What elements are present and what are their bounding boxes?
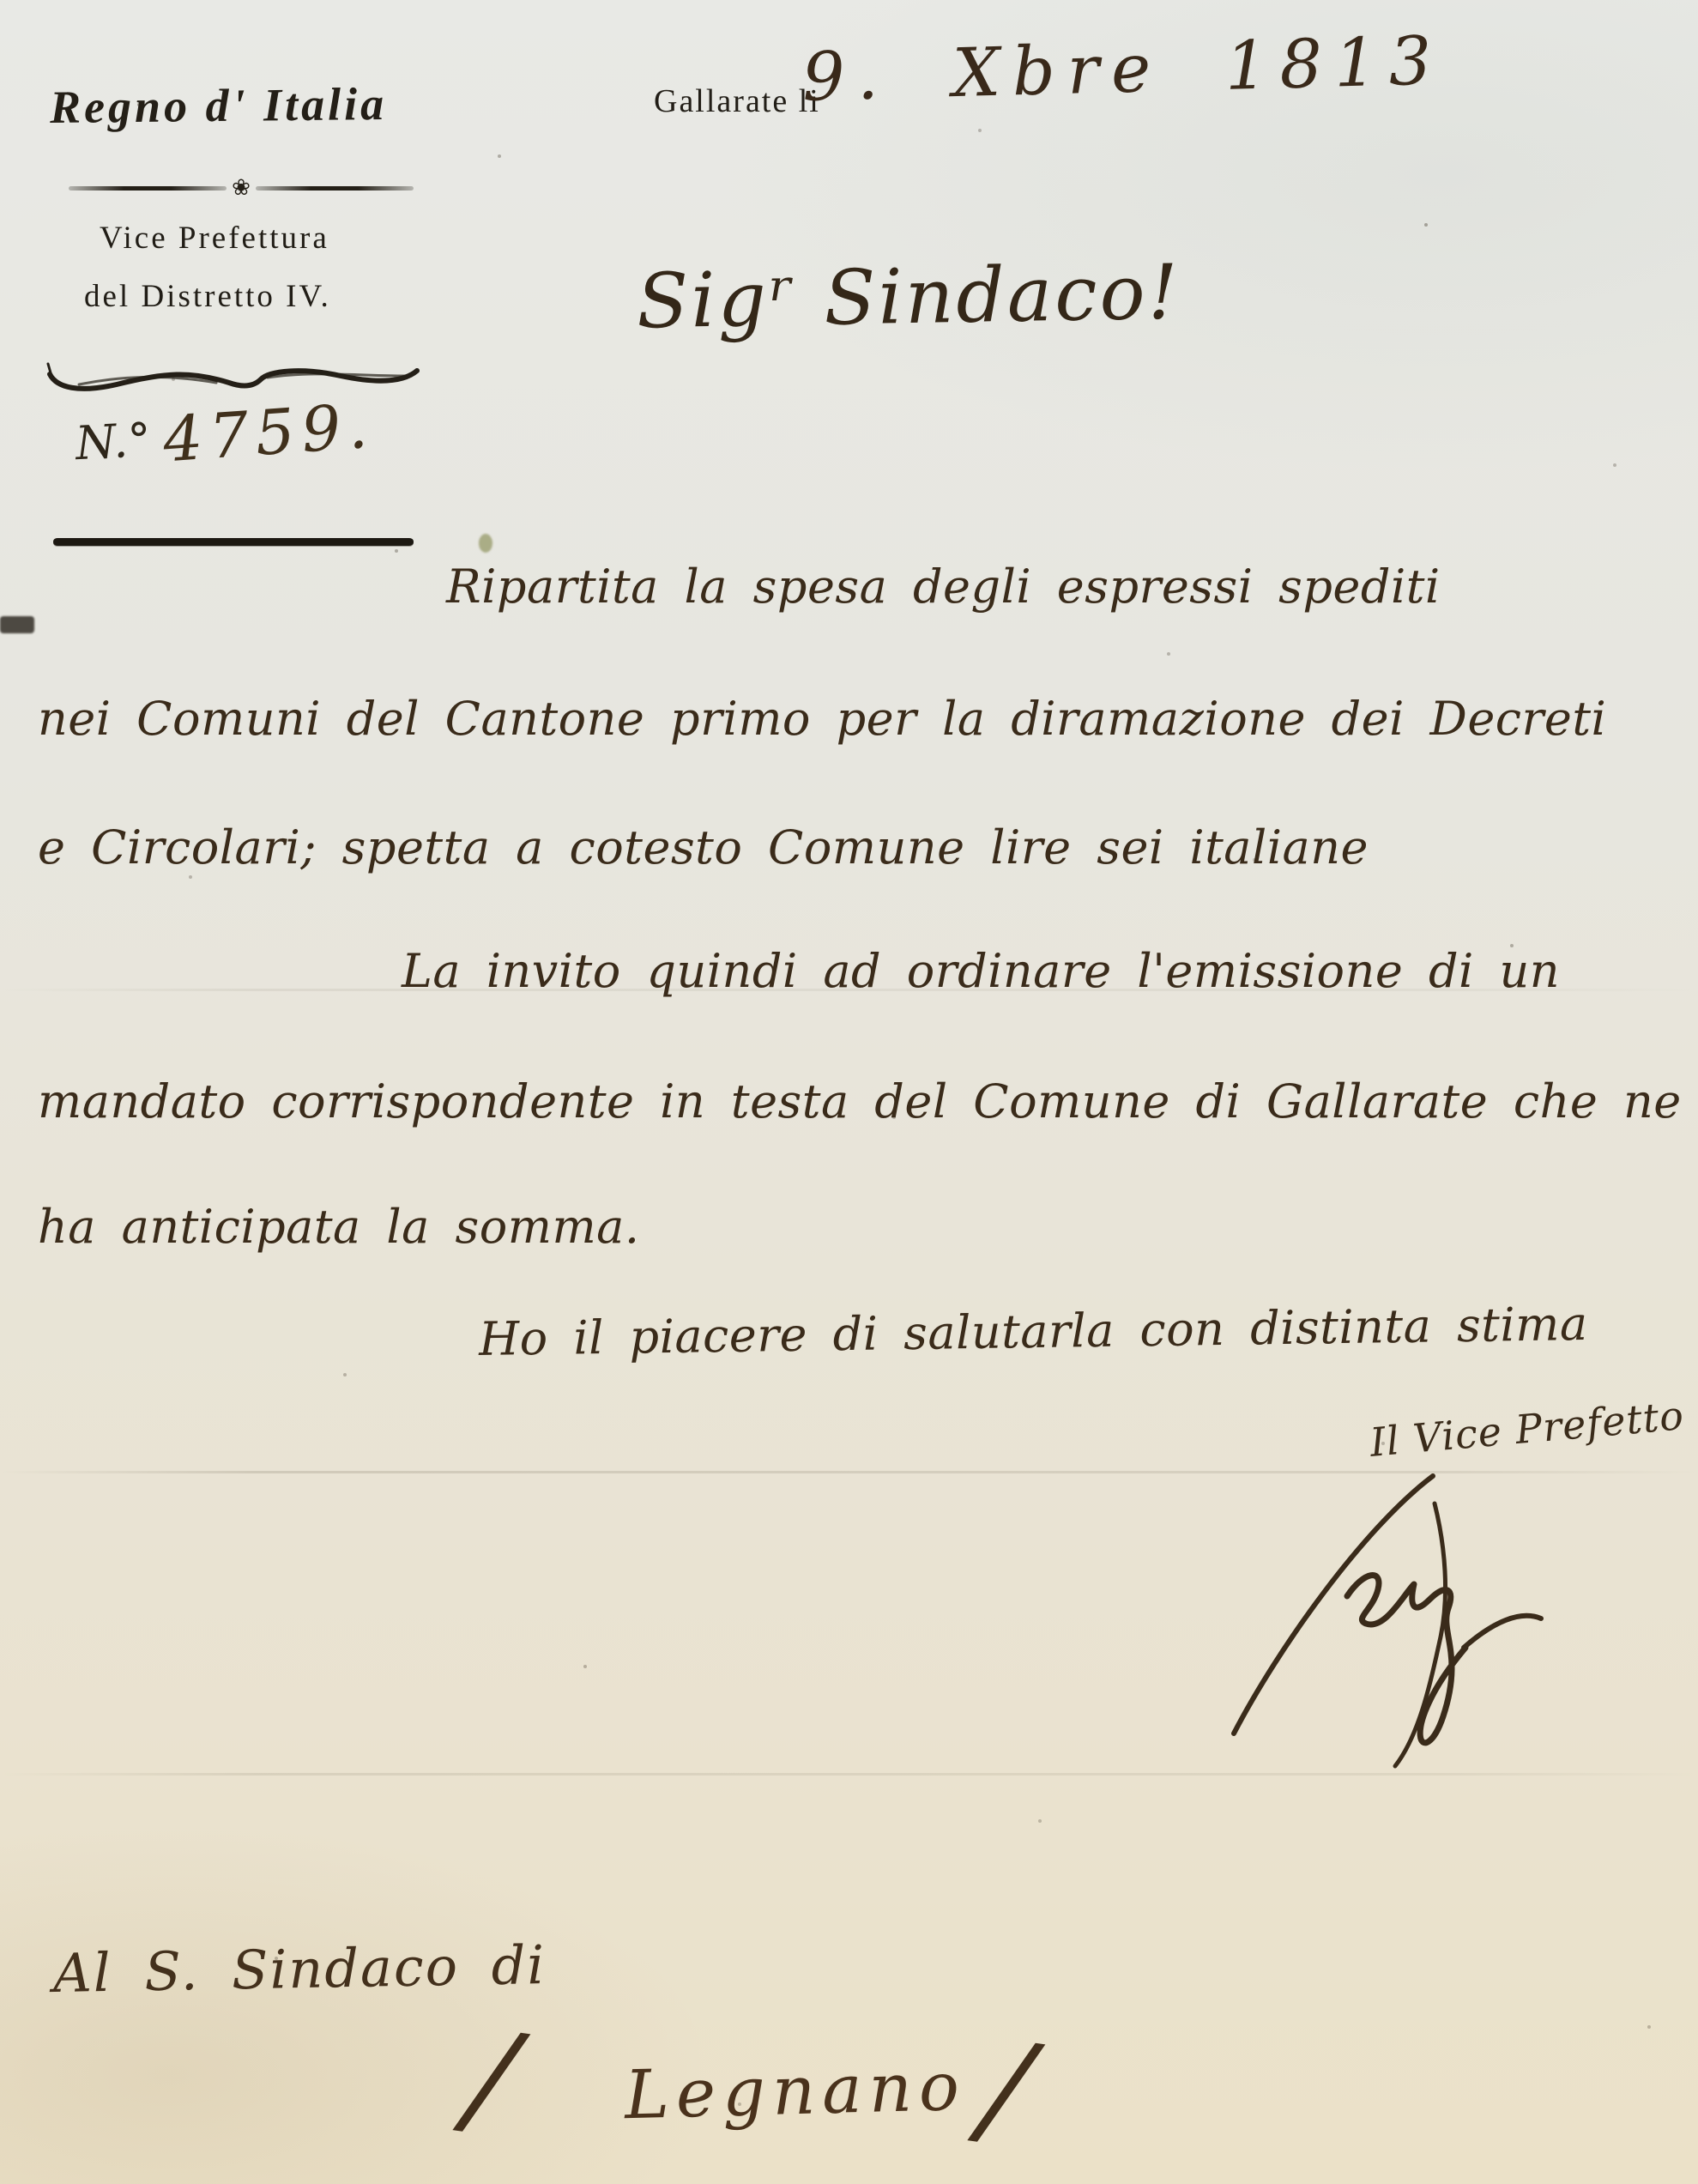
address-slash-right: / — [976, 2023, 1037, 2157]
body-line: Ripartita la spesa degli espressi spedit… — [446, 560, 1441, 614]
paper-fleck — [479, 534, 492, 553]
salutation: Sigʳ Sindaco! — [636, 247, 1181, 345]
signature-scrawl — [1218, 1450, 1587, 1776]
recipient-line: Al S. Sindaco di — [52, 1933, 546, 2005]
edge-ink-mark — [0, 616, 34, 633]
rosette-icon: ❀ — [232, 177, 251, 199]
ornament-bar-left — [69, 186, 227, 191]
body-line: ha anticipata la somma. — [38, 1200, 640, 1254]
body-line: nei Comuni del Cantone primo per la dira… — [38, 692, 1606, 746]
body-line: Ho il piacere di salutarla con distinta … — [479, 1297, 1588, 1366]
letterhead-office-line1: Vice Prefettura — [100, 220, 329, 257]
letter-page: Regno d' Italia ❀ Vice Prefettura del Di… — [0, 0, 1698, 2184]
body-line: mandato corrispondente in testa del Comu… — [38, 1074, 1682, 1128]
address-slash-left: / — [462, 2012, 523, 2146]
body-line: La invito quindi ad ordinare l'emissione… — [402, 944, 1560, 998]
protocol-number-value: 4759. — [160, 390, 376, 476]
protocol-number: N.° 4759. — [76, 396, 374, 469]
letterhead-kingdom: Regno d' Italia — [50, 77, 388, 134]
letterhead-office-line2: del Distretto IV. — [84, 278, 331, 315]
ornament-bar-right — [256, 186, 414, 191]
dateline-handwritten-date: 9. Xbre 1813 — [801, 22, 1445, 117]
protocol-number-label: N.° — [74, 413, 152, 471]
dateline-place: Gallarate li — [654, 82, 820, 120]
horizontal-rule — [53, 538, 414, 546]
body-line: e Circolari; spetta a cotesto Comune lir… — [38, 820, 1369, 874]
letterhead-ornament: ❀ — [69, 177, 414, 199]
recipient-town: Legnano — [624, 2048, 967, 2134]
